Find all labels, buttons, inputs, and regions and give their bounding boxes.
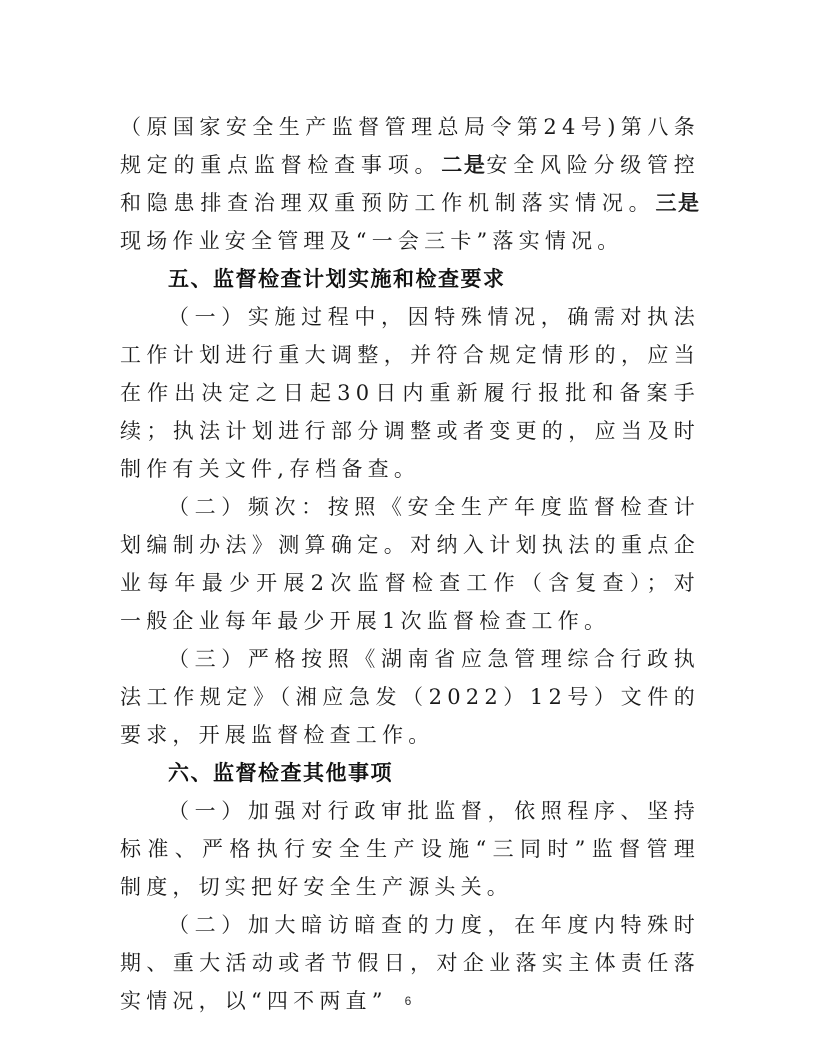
continuation-paragraph: （原国家安全生产监督管理总局令第24号)第八条规定的重点监督检查事项。二是安全风… <box>120 108 700 260</box>
document-body: （原国家安全生产监督管理总局令第24号)第八条规定的重点监督检查事项。二是安全风… <box>120 108 700 1020</box>
section-6-item-1: （一）加强对行政审批监督，依照程序、坚持标准、严格执行安全生产设施“三同时”监督… <box>120 792 700 906</box>
section-5-item-3: （三）严格按照《湖南省应急管理综合行政执法工作规定》（湘应急发（2022）12号… <box>120 640 700 754</box>
document-page: （原国家安全生产监督管理总局令第24号)第八条规定的重点监督检查事项。二是安全风… <box>0 0 816 1056</box>
section-heading-6: 六、监督检查其他事项 <box>120 754 700 792</box>
section-heading-5: 五、监督检查计划实施和检查要求 <box>120 260 700 298</box>
page-number: 6 <box>0 994 816 1008</box>
emphasis-third: 三是 <box>655 191 700 215</box>
emphasis-second: 二是 <box>441 153 486 177</box>
section-5-item-2: （二）频次：按照《安全生产年度监督检查计划编制办法》测算确定。对纳入计划执法的重… <box>120 488 700 640</box>
section-5-item-1: （一）实施过程中，因特殊情况，确需对执法工作计划进行重大调整，并符合规定情形的，… <box>120 298 700 488</box>
text-segment: 现场作业安全管理及“一会三卡”落实情况。 <box>120 229 623 253</box>
